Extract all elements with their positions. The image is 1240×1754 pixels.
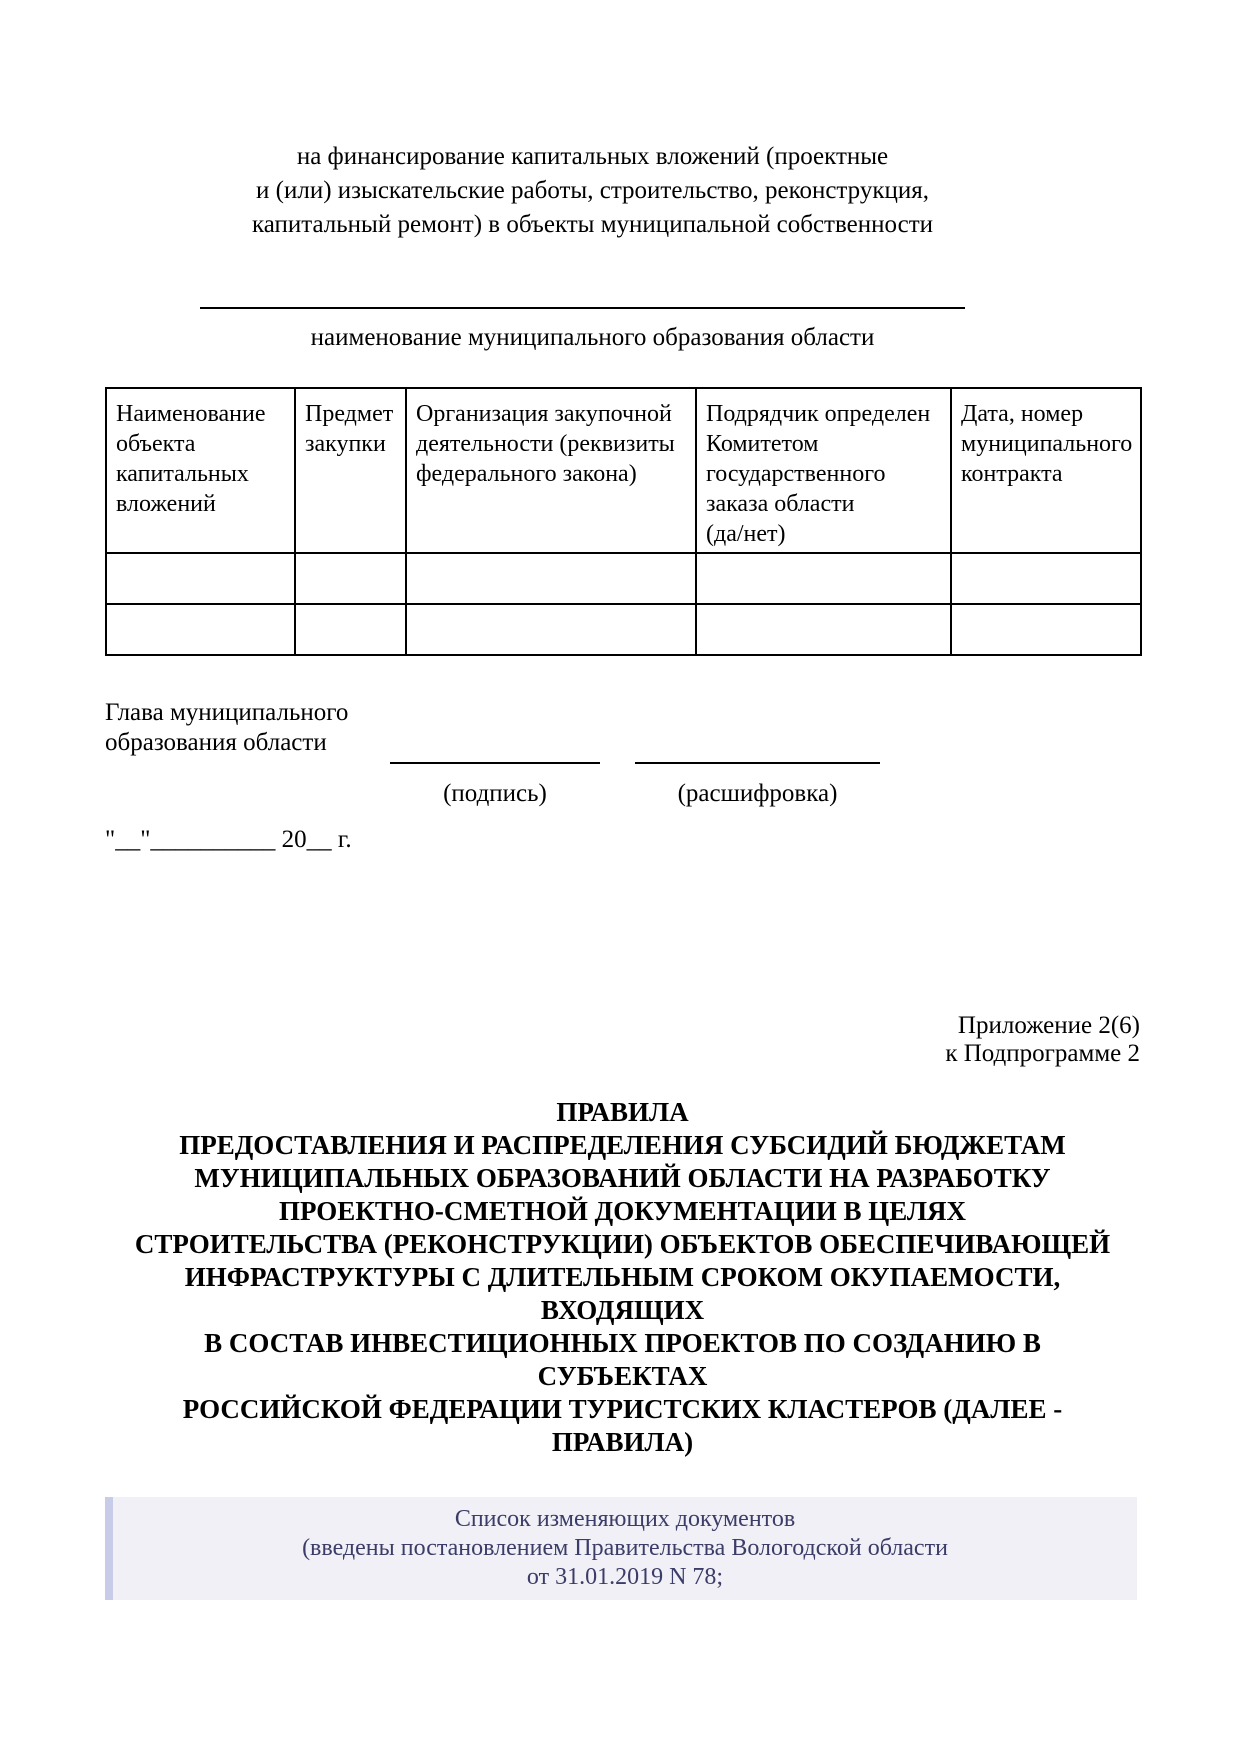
- empty-cell: [295, 604, 406, 655]
- rules-title: ПРАВИЛА ПРЕДОСТАВЛЕНИЯ И РАСПРЕДЕЛЕНИЯ С…: [105, 1096, 1140, 1459]
- empty-cell: [106, 604, 295, 655]
- empty-cell: [406, 604, 696, 655]
- signature-decode-caption: (расшифровка): [635, 780, 880, 808]
- empty-cell: [696, 553, 951, 604]
- col-header-procurement-organization: Организация закупочной деятельности (рек…: [406, 388, 696, 553]
- signature-label: Глава муниципального образования области: [105, 698, 348, 758]
- empty-cell: [951, 553, 1141, 604]
- document-page: на финансирование капитальных вложений (…: [0, 0, 1240, 1754]
- date-line: "__"__________ 20__ г.: [105, 826, 352, 854]
- table-row: [106, 604, 1141, 655]
- signature-line: [390, 762, 600, 764]
- col-header-object-name: Наименование объекта капитальных вложени…: [106, 388, 295, 553]
- signature-caption: (подпись): [390, 780, 600, 808]
- empty-cell: [951, 604, 1141, 655]
- amendments-box: Список изменяющих документов (введены по…: [105, 1497, 1137, 1600]
- col-header-procurement-subject: Предмет закупки: [295, 388, 406, 553]
- signature-decode-line: [635, 762, 880, 764]
- appendix-reference: Приложение 2(6) к Подпрограмме 2: [640, 1012, 1140, 1068]
- empty-cell: [696, 604, 951, 655]
- municipality-name-caption: наименование муниципального образования …: [105, 324, 1080, 352]
- procurement-table: Наименование объекта капитальных вложени…: [105, 387, 1142, 656]
- col-header-contractor-determined: Подрядчик определен Комитетом государств…: [696, 388, 951, 553]
- intro-paragraph: на финансирование капитальных вложений (…: [105, 140, 1080, 242]
- col-header-contract-date-number: Дата, номер муниципального контракта: [951, 388, 1141, 553]
- municipality-name-line: [200, 307, 965, 309]
- empty-cell: [106, 553, 295, 604]
- table-row: [106, 553, 1141, 604]
- empty-cell: [406, 553, 696, 604]
- empty-cell: [295, 553, 406, 604]
- table-header-row: Наименование объекта капитальных вложени…: [106, 388, 1141, 553]
